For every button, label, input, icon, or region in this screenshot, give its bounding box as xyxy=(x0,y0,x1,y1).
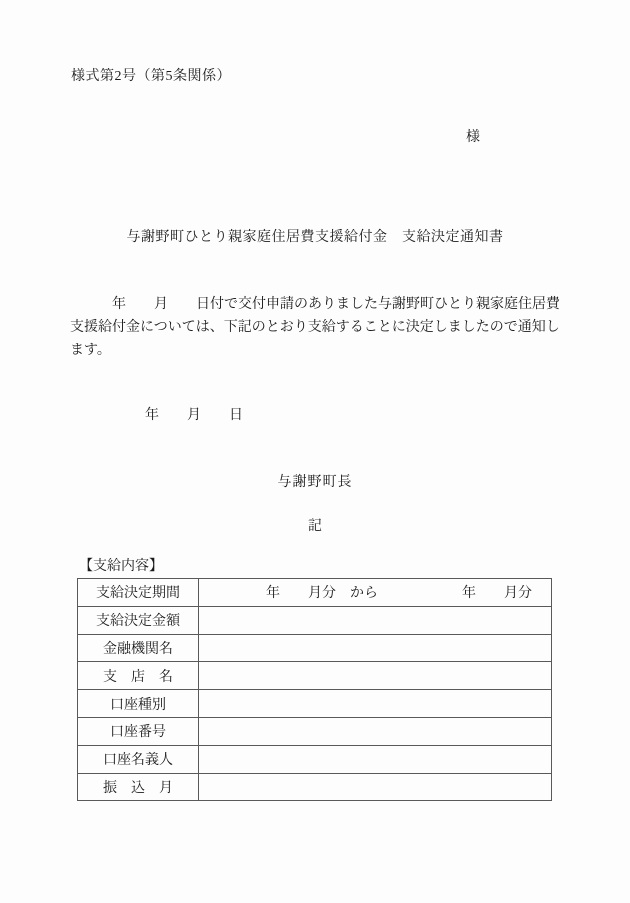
document-title: 与謝野町ひとり親家庭住居費支援給付金 支給決定通知書 xyxy=(0,226,630,246)
row-branch-name: 支 店 名 xyxy=(78,662,552,690)
payment-decision-period-value: 年 月分 から 年 月分 xyxy=(199,579,552,607)
transfer-month-value xyxy=(199,773,552,801)
row-account-type: 口座種別 xyxy=(78,690,552,718)
account-type-label: 口座種別 xyxy=(78,690,199,718)
notification-document-page: 様式第2号（第5条関係） 様 与謝野町ひとり親家庭住居費支援給付金 支給決定通知… xyxy=(0,0,630,903)
transfer-month-label: 振 込 月 xyxy=(78,773,199,801)
row-account-holder: 口座名義人 xyxy=(78,745,552,773)
issue-date-line: 年 月 日 xyxy=(145,404,243,424)
account-holder-value xyxy=(199,745,552,773)
recipient-honorific: 様 xyxy=(466,126,480,146)
row-financial-institution: 金融機関名 xyxy=(78,634,552,662)
account-type-value xyxy=(199,690,552,718)
branch-name-value xyxy=(199,662,552,690)
row-payment-decision-period: 支給決定期間 年 月分 から 年 月分 xyxy=(78,579,552,607)
financial-institution-label: 金融機関名 xyxy=(78,634,199,662)
account-holder-label: 口座名義人 xyxy=(78,745,199,773)
payment-decision-amount-value xyxy=(199,606,552,634)
payment-details-table: 支給決定期間 年 月分 から 年 月分 支給決定金額 金融機関名 支 店 名 口… xyxy=(77,578,552,801)
record-marker: 記 xyxy=(0,515,630,535)
row-account-number: 口座番号 xyxy=(78,717,552,745)
financial-institution-value xyxy=(199,634,552,662)
row-transfer-month: 振 込 月 xyxy=(78,773,552,801)
row-payment-decision-amount: 支給決定金額 xyxy=(78,606,552,634)
form-number: 様式第2号（第5条関係） xyxy=(71,65,231,85)
payment-decision-amount-label: 支給決定金額 xyxy=(78,606,199,634)
branch-name-label: 支 店 名 xyxy=(78,662,199,690)
notification-body-text: 年 月 日付で交付申請のありました与謝野町ひとり親家庭住居費 支援給付金について… xyxy=(70,293,562,362)
account-number-label: 口座番号 xyxy=(78,717,199,745)
payment-details-heading: 【支給内容】 xyxy=(79,555,163,575)
account-number-value xyxy=(199,717,552,745)
payment-decision-period-label: 支給決定期間 xyxy=(78,579,199,607)
issuer-name: 与謝野町長 xyxy=(0,471,630,491)
